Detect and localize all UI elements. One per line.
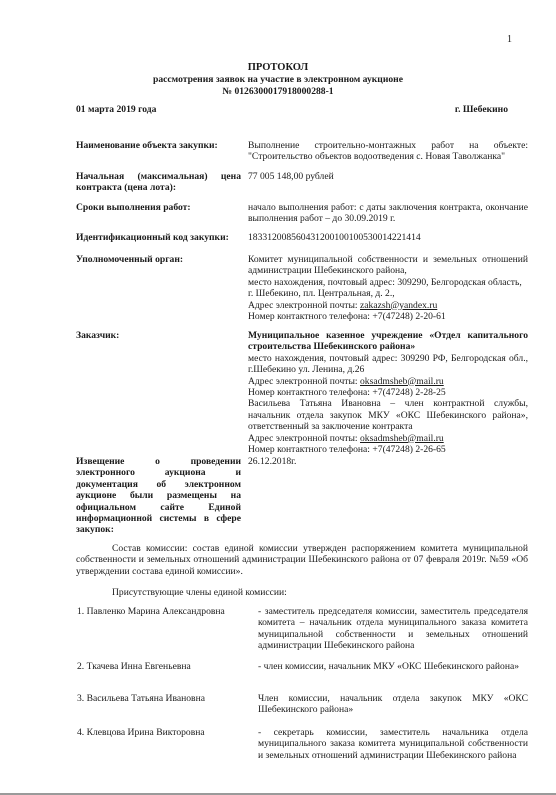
field-value: Муниципальное казенное учреждение «Отдел…	[248, 330, 528, 455]
customer-email-link[interactable]: oksadmsheb@mail.ru	[360, 376, 444, 387]
field-value: 77 005 148,00 рублей	[248, 171, 528, 182]
field-label: Извещение о проведении электронного аукц…	[76, 456, 241, 536]
field-label: Наименование объекта закупки:	[76, 140, 241, 151]
document-header: ПРОТОКОЛ рассмотрения заявок на участие …	[0, 62, 556, 97]
member-role: - заместитель председателя комиссии, зам…	[258, 606, 528, 652]
member-name: 3. Васильева Татьяна Ивановна	[77, 693, 257, 704]
authority-email-link[interactable]: zakazsh@yandex.ru	[360, 300, 437, 311]
field-notice: Извещение о проведении электронного аукц…	[76, 456, 528, 536]
member-name: 2. Ткачева Инна Евгеньевна	[77, 661, 257, 672]
member-name: 1. Павленко Марина Александровна	[77, 606, 257, 617]
field-label: Заказчик:	[76, 330, 241, 341]
field-value: Комитет муниципальной собственности и зе…	[248, 254, 528, 322]
field-label: Идентификационный код закупки:	[76, 232, 241, 243]
field-value: начало выполнения работ: с даты заключен…	[248, 202, 528, 225]
field-value: Выполнение строительно-монтажных работ н…	[248, 140, 528, 163]
field-authority: Уполномоченный орган: Комитет муниципаль…	[76, 254, 528, 265]
members-heading: Присутствующие члены единой комиссии:	[76, 587, 528, 598]
contact-email-link[interactable]: oksadmsheb@mail.ru	[360, 433, 444, 444]
protocol-number: № 0126300017918000288-1	[0, 86, 556, 98]
field-customer: Заказчик: Муниципальное казенное учрежде…	[76, 330, 528, 341]
field-label: Начальная (максимальная) цена контракта …	[76, 171, 241, 194]
field-value: 26.12.2018г.	[248, 456, 528, 467]
member-role: - член комиссии, начальник МКУ «ОКС Шебе…	[258, 661, 528, 672]
field-label: Сроки выполнения работ:	[76, 202, 241, 213]
protocol-date: 01 марта 2019 года	[76, 104, 156, 115]
protocol-city: г. Шебекино	[455, 104, 508, 115]
field-label: Уполномоченный орган:	[76, 254, 241, 265]
field-price: Начальная (максимальная) цена контракта …	[76, 171, 528, 194]
field-value: 183312008560431200100100530014221414	[248, 232, 528, 243]
page-number: 1	[507, 34, 512, 45]
date-place-line: 01 марта 2019 года г. Шебекино	[76, 104, 508, 115]
field-object: Наименование объекта закупки: Выполнение…	[76, 140, 528, 151]
member-name: 4. Клевцова Ирина Викторовна	[77, 727, 257, 738]
member-role: Член комиссии, начальник отдела закупок …	[258, 693, 528, 716]
member-role: - секретарь комиссии, заместитель началь…	[258, 727, 528, 761]
field-id-code: Идентификационный код закупки: 183312008…	[76, 232, 528, 243]
document-subtitle: рассмотрения заявок на участие в электро…	[0, 74, 556, 86]
commission-text: Состав комиссии: состав единой комиссии …	[76, 543, 528, 577]
document-title: ПРОТОКОЛ	[0, 62, 556, 74]
field-terms: Сроки выполнения работ: начало выполнени…	[76, 202, 528, 213]
